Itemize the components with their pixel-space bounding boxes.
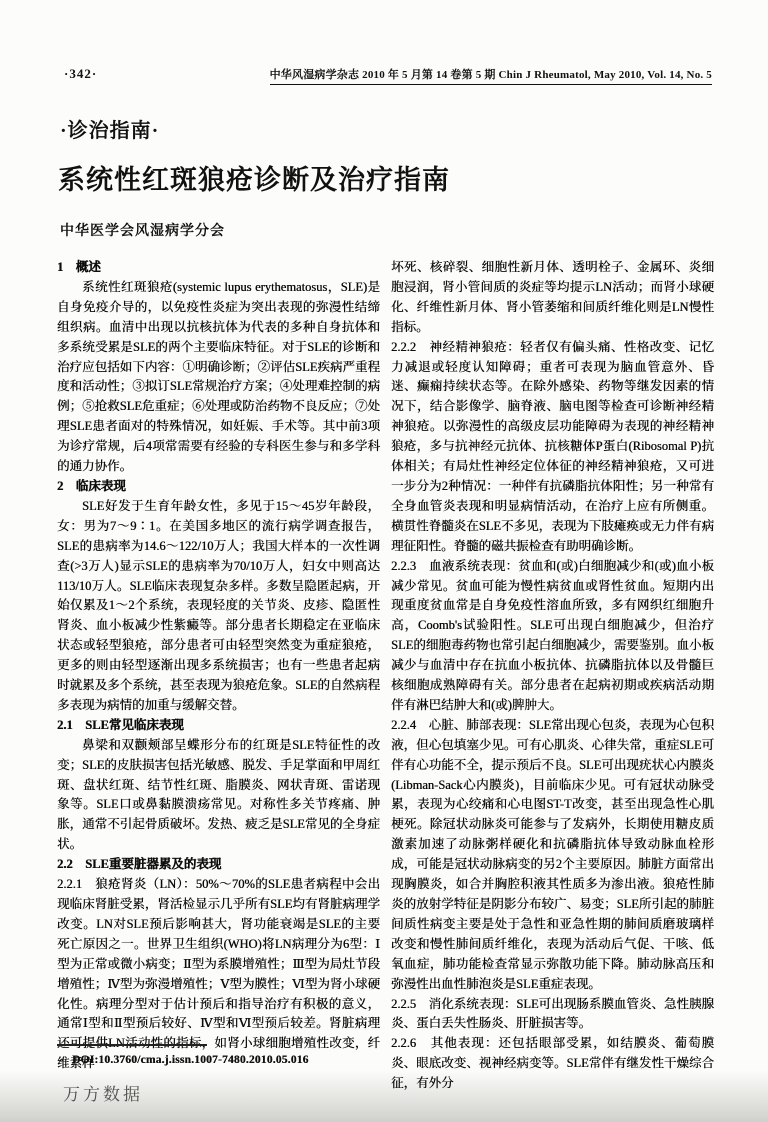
heading-common-manifestations: 2.1 SLE常见临床表现 [57, 716, 380, 736]
paragraph-lupus-nephritis-continued: 坏死、核碎裂、细胞性新月体、透明栓子、金属环、炎细胞浸润，肾小管间质的炎症等均提… [391, 258, 714, 338]
wanfang-watermark: 万方数据 [63, 1080, 143, 1105]
column-section-label: ·诊治指南· [60, 114, 159, 143]
paragraph-common-manifestations: 鼻梁和双颧颊部呈蝶形分布的红斑是SLE特征性的改变；SLE的皮肤损害包括光敏感、… [57, 736, 380, 855]
article-title: 系统性红斑狼疮诊断及治疗指南 [58, 158, 450, 197]
heading-organ-involvement: 2.2 SLE重要脏器累及的表现 [57, 855, 380, 875]
paragraph-epidemiology: SLE好发于生育年龄女性，多见于15～45岁年龄段，女：男为7～9∶1。在美国多… [57, 497, 380, 716]
left-column: 1 概述 系统性红斑狼疮(systemic lupus erythematosu… [57, 258, 380, 1074]
footnote-divider [57, 1044, 207, 1046]
right-column: 坏死、核碎裂、细胞性新月体、透明栓子、金属环、炎细胞浸润，肾小管间质的炎症等均提… [391, 258, 714, 1094]
paragraph-hematologic: 2.2.3 血液系统表现：贫血和(或)白细胞减少和(或)血小板减少常见。贫血可能… [391, 557, 714, 716]
page-number: ·342· [64, 66, 97, 82]
paragraph-overview: 系统性红斑狼疮(systemic lupus erythematosus，SLE… [57, 278, 380, 477]
paragraph-cardiopulmonary: 2.2.4 心脏、肺部表现：SLE常出现心包炎，表现为心包积液，但心包填塞少见。… [391, 716, 714, 995]
doi-line: DOI:10.3760/cma.j.issn.1007-7480.2010.05… [72, 1054, 309, 1066]
journal-page: ·342· 中华风湿病学杂志 2010 年 5 月第 14 卷第 5 期 Chi… [0, 0, 768, 1122]
paragraph-other-manifestations: 2.2.6 其他表现：还包括眼部受累，如结膜炎、葡萄膜炎、眼底改变、视神经病变等… [391, 1034, 714, 1094]
journal-header: 中华风湿病学杂志 2010 年 5 月第 14 卷第 5 期 Chin J Rh… [270, 66, 712, 85]
heading-clinical-manifestations: 2 临床表现 [57, 477, 380, 497]
paragraph-digestive: 2.2.5 消化系统表现：SLE可出现肠系膜血管炎、急性胰腺炎、蛋白丢失性肠炎、… [391, 995, 714, 1035]
heading-overview: 1 概述 [57, 258, 380, 278]
paragraph-neuropsychiatric-lupus: 2.2.2 神经精神狼疮：轻者仅有偏头痛、性格改变、记忆力减退或轻度认知障碍；重… [391, 338, 714, 557]
article-author: 中华医学会风湿病学分会 [60, 220, 225, 240]
